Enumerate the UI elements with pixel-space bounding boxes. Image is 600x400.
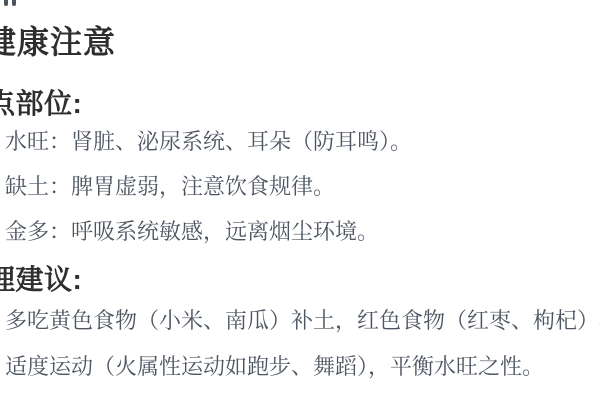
focus-item-metal: 金多：呼吸系统敏感，远离烟尘环境。 bbox=[5, 221, 379, 243]
subsection-title-adjustment-advice: 理建议: bbox=[0, 266, 82, 294]
subsection-title-key-body-parts: 点部位: bbox=[0, 90, 82, 118]
advice-item-exercise: 适度运动（火属性运动如跑步、舞蹈），平衡水旺之性。 bbox=[5, 356, 544, 378]
clipped-text-fragment bbox=[4, 0, 8, 6]
section-title-health-notes: 健康注意 bbox=[0, 26, 116, 58]
focus-item-earth: 缺土：脾胃虚弱，注意饮食规律。 bbox=[5, 176, 335, 198]
focus-item-water: 水旺：肾脏、泌尿系统、耳朵（防耳鸣）。 bbox=[5, 131, 412, 153]
advice-item-food: 多吃黄色食物（小米、南瓜）补土，红色食物（红枣、枸杞）补 bbox=[5, 310, 600, 332]
document-page: { "page": { "background": "#ffffff", "he… bbox=[0, 0, 600, 400]
